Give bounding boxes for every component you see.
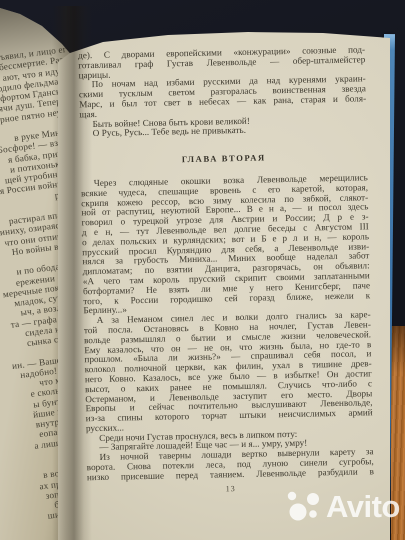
page-text-blocks: де). С дворами европейскими «конжурации»…: [78, 45, 374, 483]
right-page-text: де). С дворами европейскими «конжурации»…: [78, 45, 374, 496]
paragraph: Через слюдяные окошки возка Левенвольде …: [81, 173, 371, 316]
paragraph: По ночам над избами русскими да над куре…: [79, 75, 367, 120]
right-page: де). С дворами европейскими «конжурации»…: [58, 28, 390, 540]
avito-wordmark: Avito: [326, 489, 400, 525]
chapter-heading: ГЛАВА ВТОРАЯ: [80, 151, 367, 167]
book-photo: объявил, и лицо ег ва... бессмертие. Раз…: [0, 0, 405, 540]
avito-watermark: Avito: [285, 488, 400, 526]
avito-logo-icon: [285, 488, 323, 526]
paragraph: Из ночной таверны лошади вертко вывернул…: [86, 448, 374, 483]
paragraph: А за Неманом синел лес и волки долго гна…: [84, 310, 373, 434]
